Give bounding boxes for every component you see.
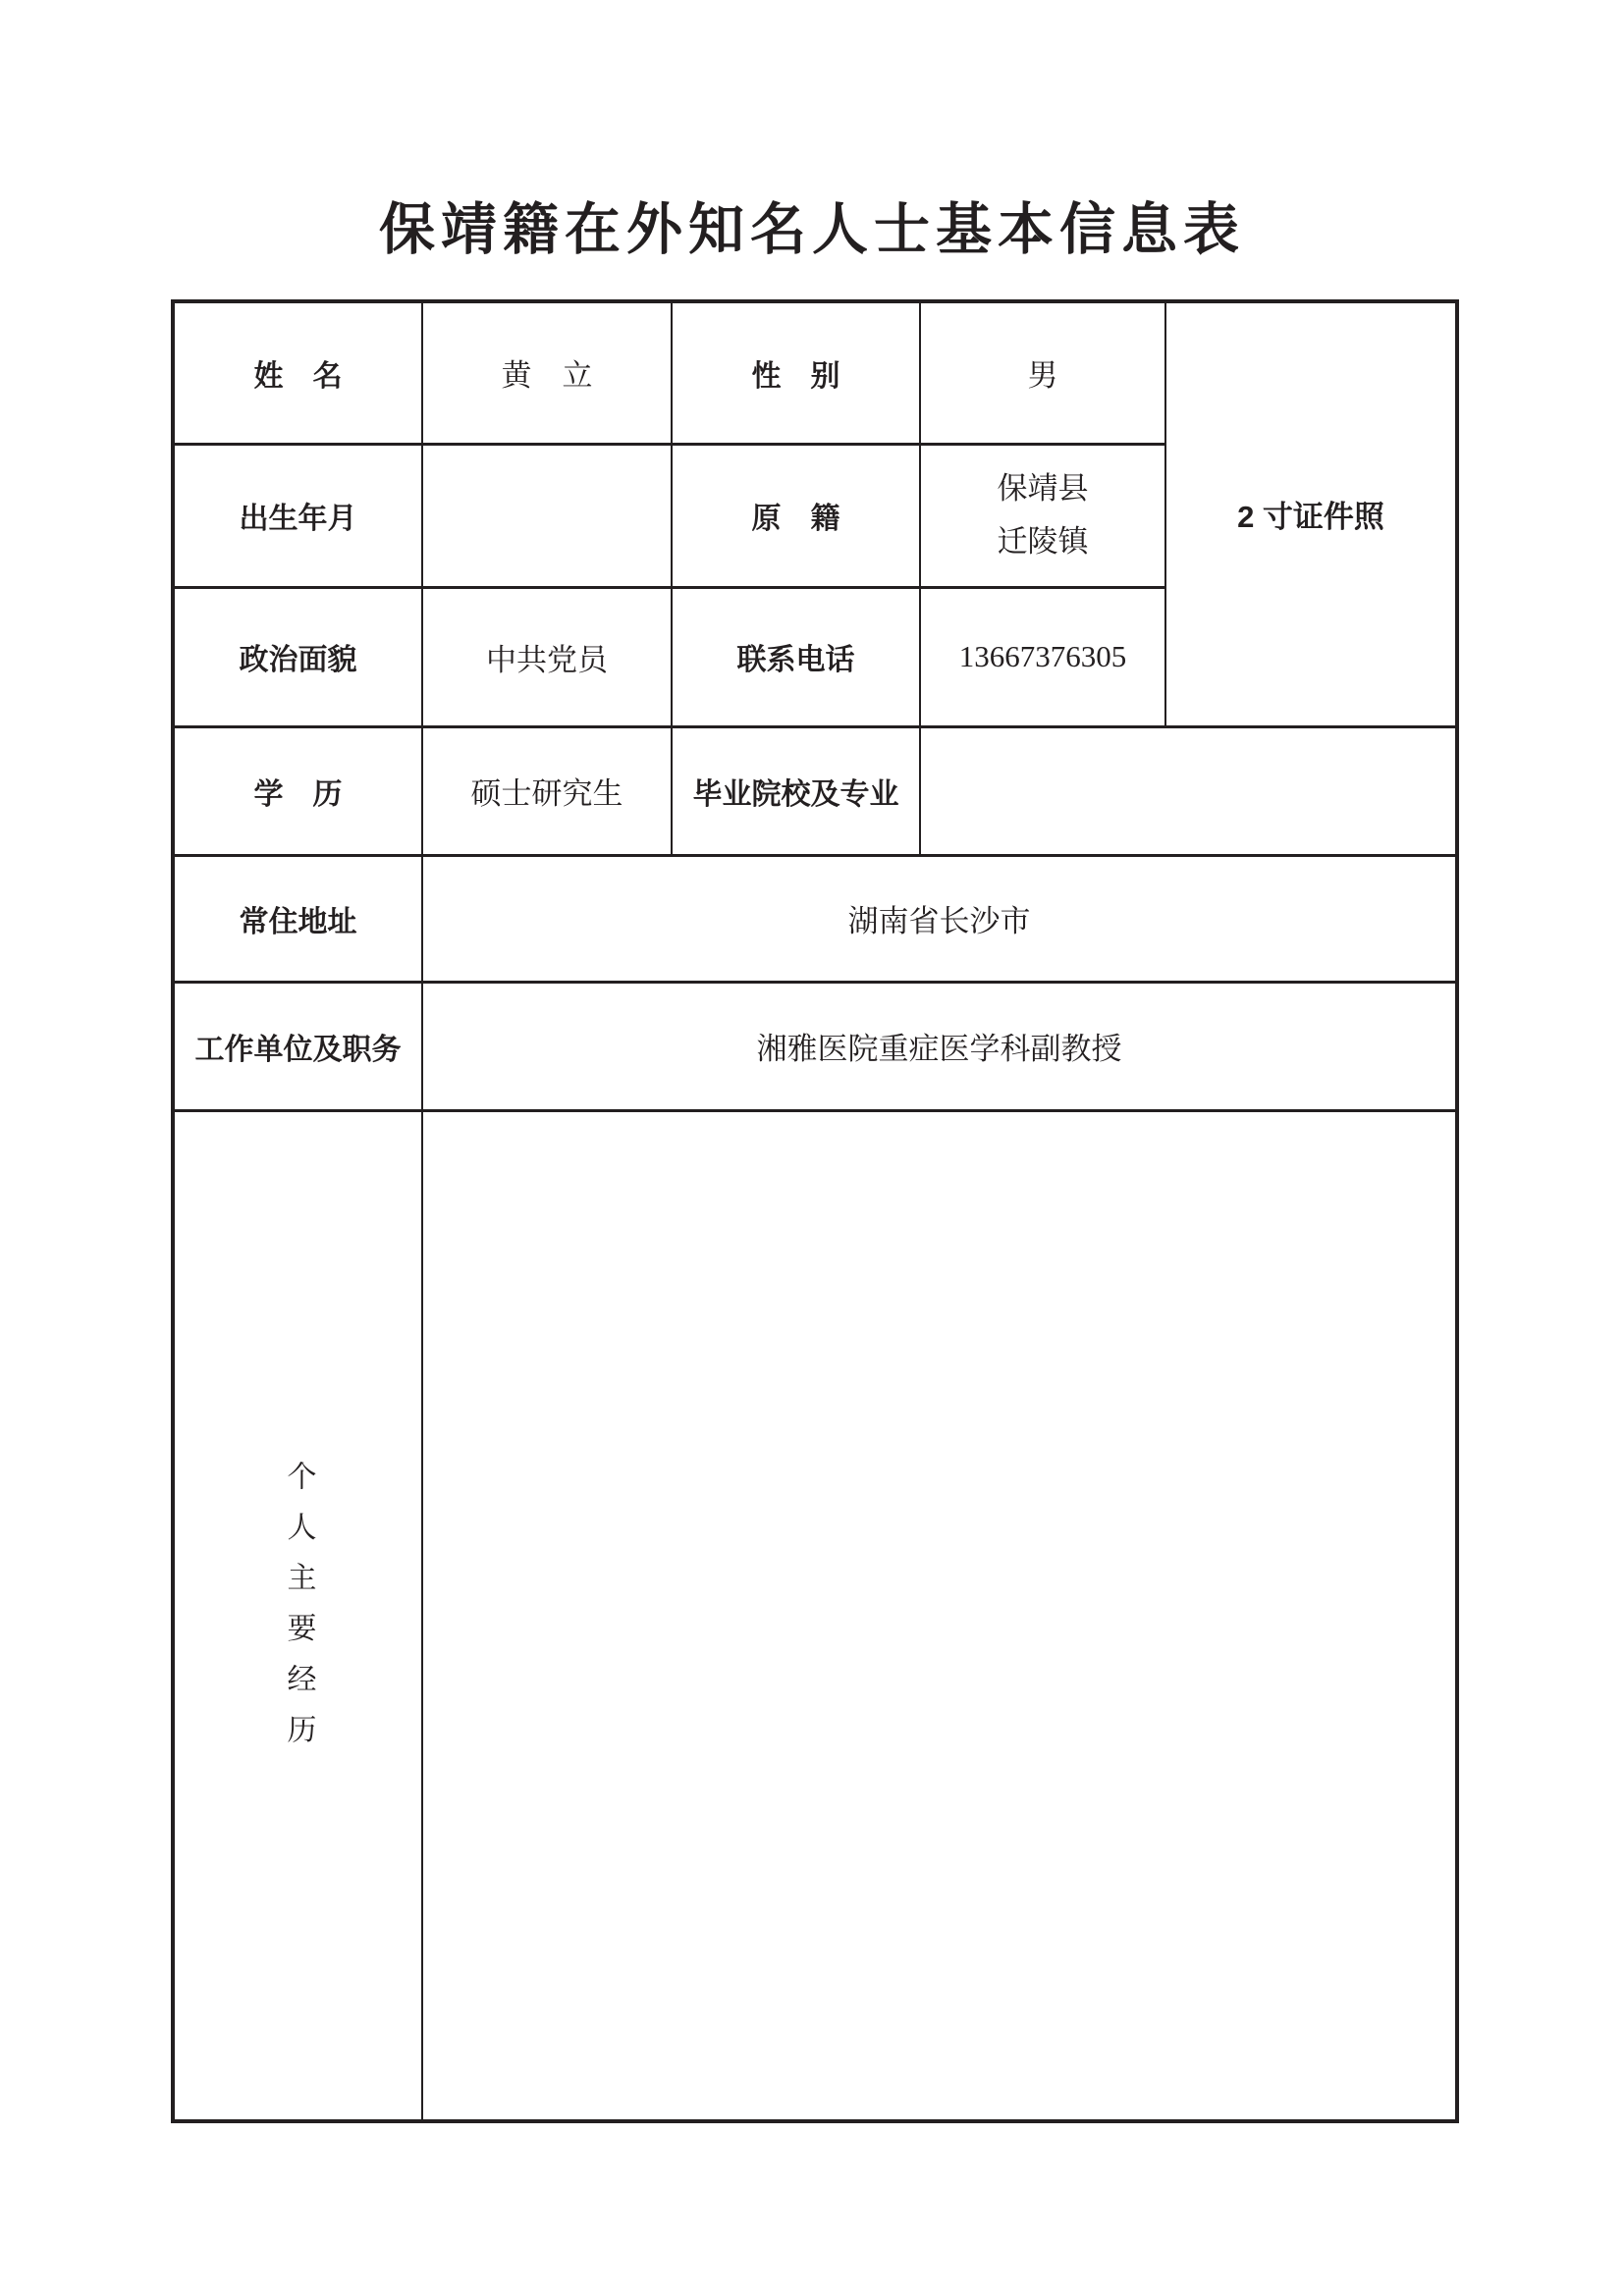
info-table: 姓 名 黄 立 性 别 男 2 寸证件照 出生年月 原 籍 保靖县 迁陵镇 政治… [171, 299, 1459, 2123]
work-label: 工作单位及职务 [173, 982, 422, 1110]
name-value: 黄 立 [422, 301, 672, 444]
gender-value: 男 [920, 301, 1165, 444]
photo-placeholder: 2 寸证件照 [1165, 301, 1457, 726]
row-address: 常住地址 湖南省长沙市 [173, 855, 1457, 982]
row-experience: 个人主要经历 [173, 1110, 1457, 2121]
gender-label: 性 别 [672, 301, 920, 444]
phone-value: 13667376305 [920, 587, 1165, 726]
political-label: 政治面貌 [173, 587, 422, 726]
education-label: 学 历 [173, 726, 422, 855]
row-work: 工作单位及职务 湘雅医院重症医学科副教授 [173, 982, 1457, 1110]
page-title: 保靖籍在外知名人士基本信息表 [0, 185, 1624, 265]
document-page: 保靖籍在外知名人士基本信息表 姓 名 黄 立 性 别 男 2 寸证件照 出生年月… [0, 0, 1624, 2296]
row-education-school: 学 历 硕士研究生 毕业院校及专业 [173, 726, 1457, 855]
birth-value [422, 444, 672, 587]
experience-label-cell: 个人主要经历 [173, 1110, 422, 2121]
row-name-gender: 姓 名 黄 立 性 别 男 2 寸证件照 [173, 301, 1457, 444]
name-label: 姓 名 [173, 301, 422, 444]
education-value: 硕士研究生 [422, 726, 672, 855]
origin-label: 原 籍 [672, 444, 920, 587]
work-value: 湘雅医院重症医学科副教授 [422, 982, 1457, 1110]
experience-value [422, 1110, 1457, 2121]
political-value: 中共党员 [422, 587, 672, 726]
phone-label: 联系电话 [672, 587, 920, 726]
address-label: 常住地址 [173, 855, 422, 982]
school-value [920, 726, 1457, 855]
experience-label: 个人主要经历 [284, 1461, 313, 1765]
origin-value: 保靖县 迁陵镇 [920, 444, 1165, 587]
birth-label: 出生年月 [173, 444, 422, 587]
school-label: 毕业院校及专业 [672, 726, 920, 855]
address-value: 湖南省长沙市 [422, 855, 1457, 982]
